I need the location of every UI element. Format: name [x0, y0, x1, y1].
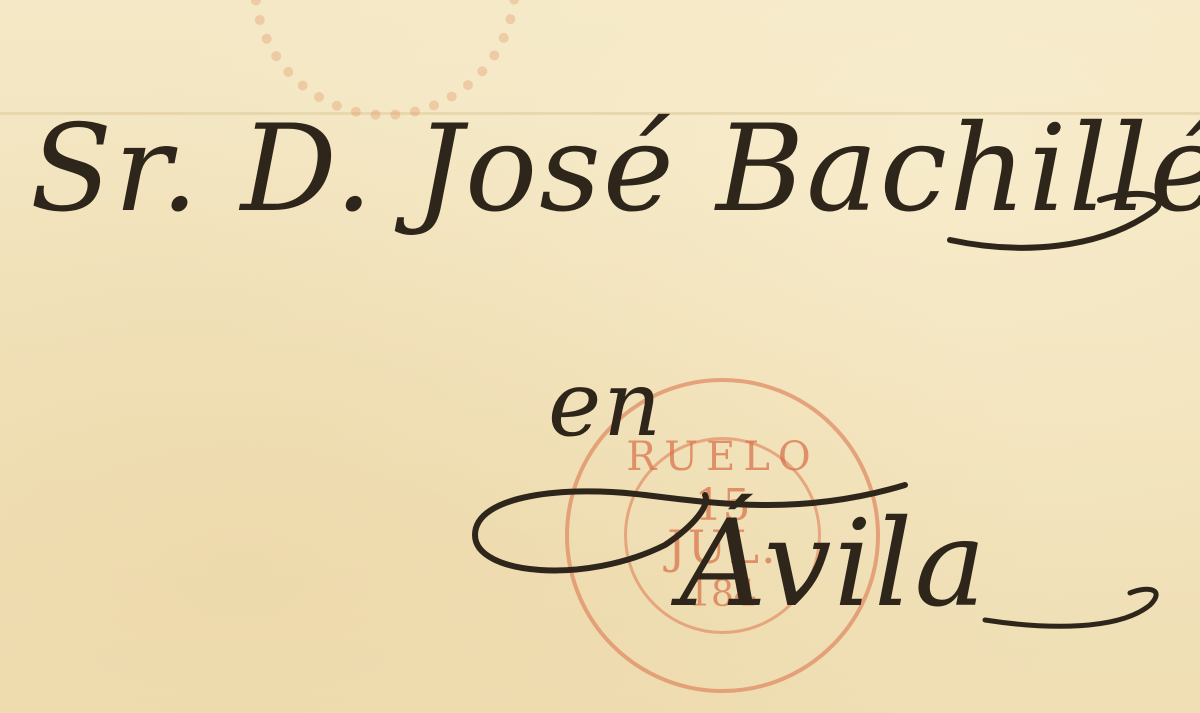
postal-cover: RUELO 15 JUL. 184 Sr. D. José Bachillér … [0, 0, 1200, 713]
name-flourish [940, 180, 1180, 260]
preposition-en: en [548, 360, 663, 450]
destination-city: Ávila [680, 505, 988, 625]
addressee-title: Sr. D. [30, 100, 375, 239]
city-flourish [980, 575, 1180, 645]
